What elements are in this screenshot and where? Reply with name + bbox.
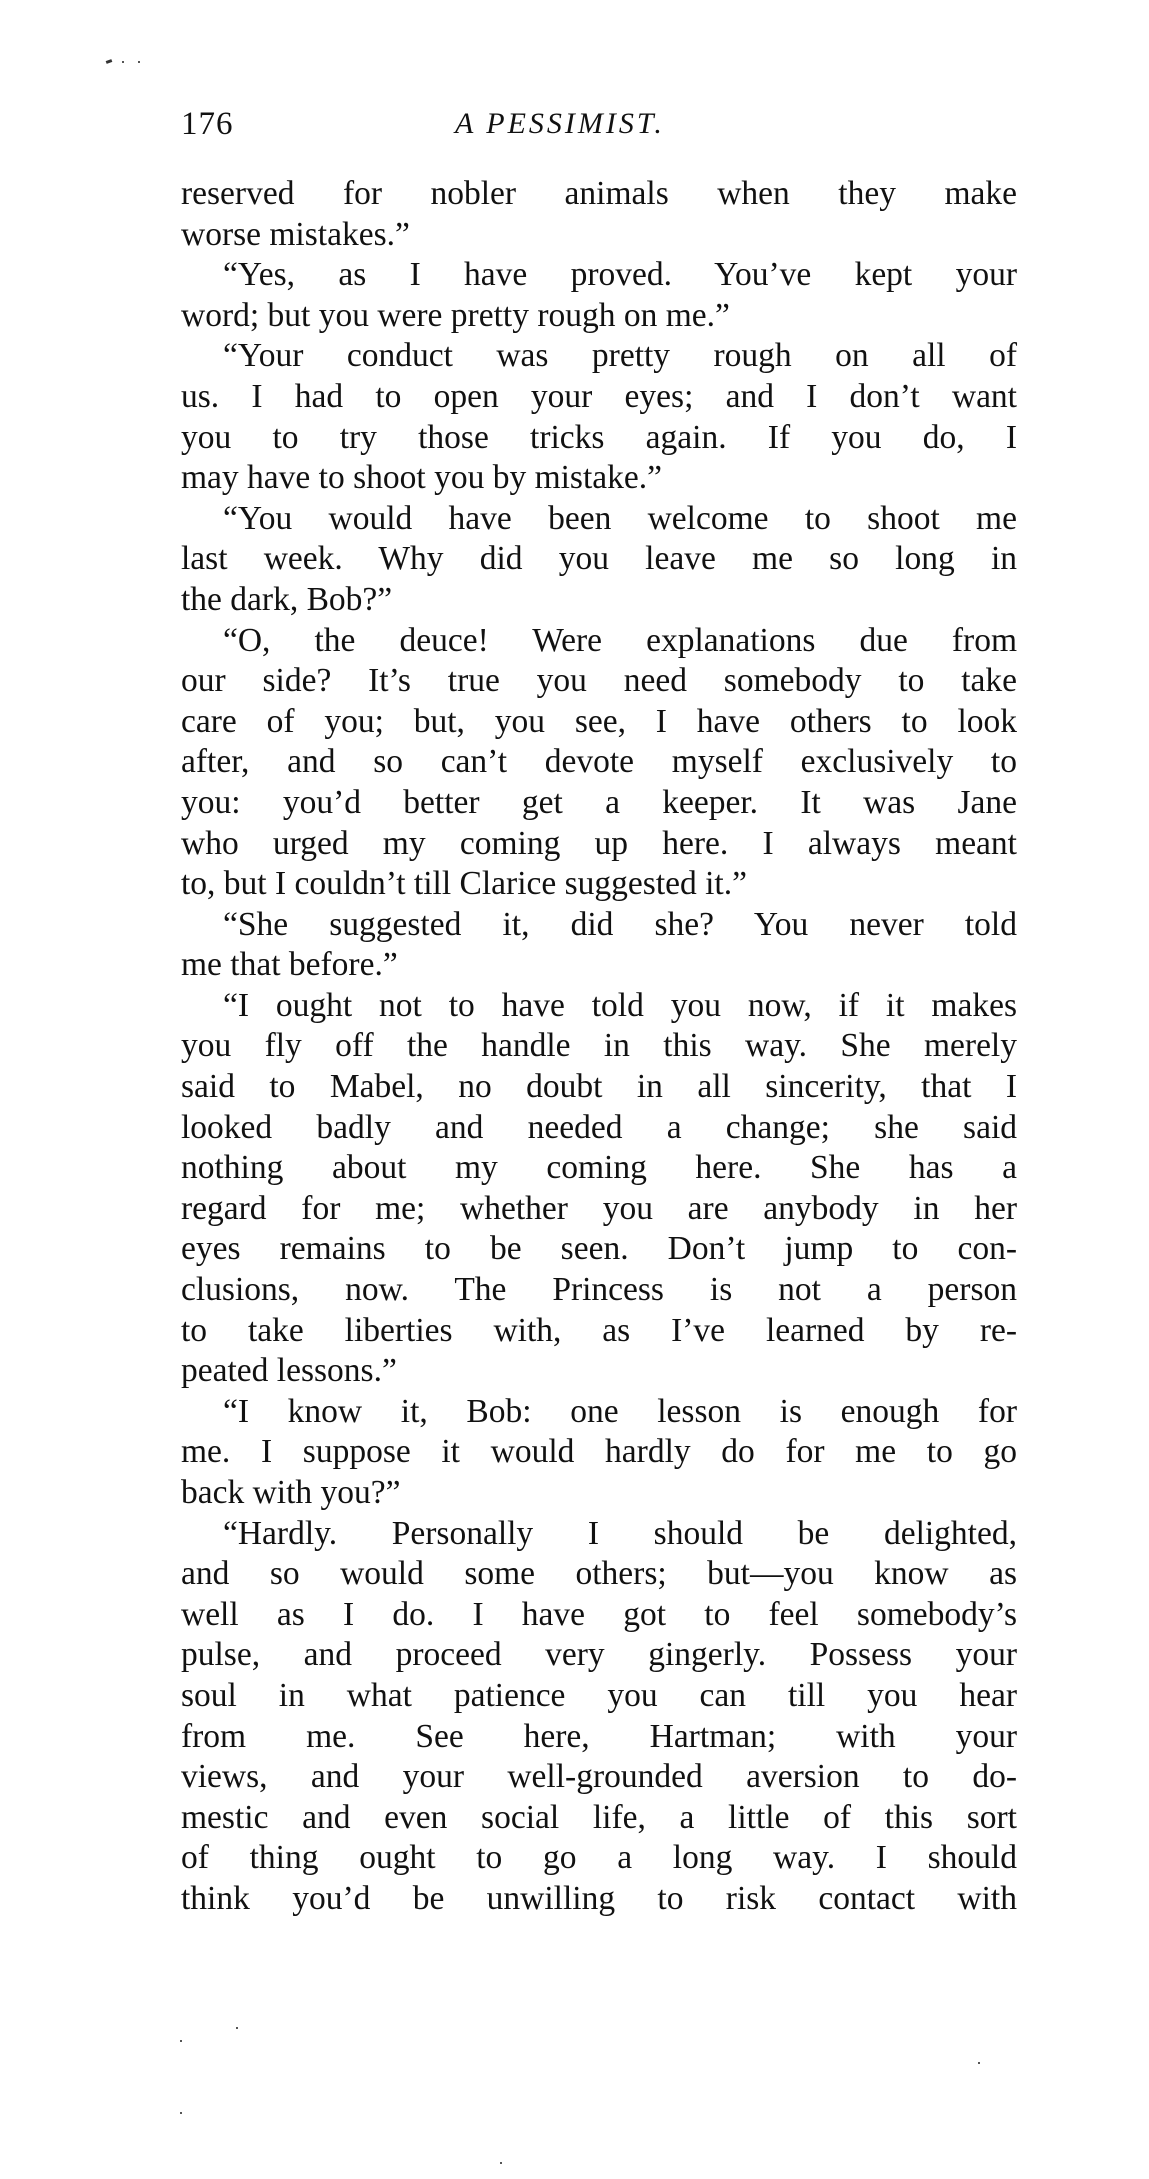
text-line: regard for me; whether you are anybody i… bbox=[181, 1189, 1017, 1230]
text-line: care of you; but, you see, I have others… bbox=[181, 702, 1017, 743]
text-line: peated lessons.” bbox=[181, 1351, 1017, 1392]
scan-speck bbox=[180, 2040, 182, 2042]
text-line: looked badly and needed a change; she sa… bbox=[181, 1108, 1017, 1149]
text-line: and so would some others; but—you know a… bbox=[181, 1554, 1017, 1595]
body-text: reserved for nobler animals when they ma… bbox=[181, 174, 1017, 1920]
text-line: “She suggested it, did she? You never to… bbox=[181, 905, 1017, 946]
scan-speck bbox=[500, 2162, 502, 2164]
text-line: “I ought not to have told you now, if it… bbox=[181, 986, 1017, 1027]
text-line: the dark, Bob?” bbox=[181, 580, 1017, 621]
text-line: “I know it, Bob: one lesson is enough fo… bbox=[181, 1392, 1017, 1433]
scan-speck bbox=[106, 59, 113, 64]
text-line: us. I had to open your eyes; and I don’t… bbox=[181, 377, 1017, 418]
text-line: back with you?” bbox=[181, 1473, 1017, 1514]
text-line: who urged my coming up here. I always me… bbox=[181, 824, 1017, 865]
text-line: you: you’d better get a keeper. It was J… bbox=[181, 783, 1017, 824]
text-line: pulse, and proceed very gingerly. Posses… bbox=[181, 1635, 1017, 1676]
text-line: mestic and even social life, a little of… bbox=[181, 1798, 1017, 1839]
text-line: “Yes, as I have proved. You’ve kept your bbox=[181, 255, 1017, 296]
text-line: from me. See here, Hartman; with your bbox=[181, 1717, 1017, 1758]
text-line: views, and your well-grounded aversion t… bbox=[181, 1757, 1017, 1798]
text-line: you to try those tricks again. If you do… bbox=[181, 418, 1017, 459]
running-title: A PESSIMIST. bbox=[455, 104, 665, 144]
scan-speck bbox=[978, 2062, 980, 2064]
text-line: to, but I couldn’t till Clarice suggeste… bbox=[181, 864, 1017, 905]
text-line: reserved for nobler animals when they ma… bbox=[181, 174, 1017, 215]
text-line: think you’d be unwilling to risk contact… bbox=[181, 1879, 1017, 1920]
text-line: last week. Why did you leave me so long … bbox=[181, 539, 1017, 580]
text-line: clusions, now. The Princess is not a per… bbox=[181, 1270, 1017, 1311]
scan-speck bbox=[138, 61, 140, 63]
text-line: may have to shoot you by mistake.” bbox=[181, 458, 1017, 499]
text-line: our side? It’s true you need somebody to… bbox=[181, 661, 1017, 702]
running-head: 176 A PESSIMIST. bbox=[181, 104, 1017, 144]
text-line: word; but you were pretty rough on me.” bbox=[181, 296, 1017, 337]
text-line: of thing ought to go a long way. I shoul… bbox=[181, 1838, 1017, 1879]
text-line: said to Mabel, no doubt in all sincerity… bbox=[181, 1067, 1017, 1108]
text-line: nothing about my coming here. She has a bbox=[181, 1148, 1017, 1189]
text-line: me that before.” bbox=[181, 945, 1017, 986]
text-line: “You would have been welcome to shoot me bbox=[181, 499, 1017, 540]
scan-speck bbox=[180, 2112, 182, 2114]
text-line: “O, the deuce! Were explanations due fro… bbox=[181, 621, 1017, 662]
text-line: you fly off the handle in this way. She … bbox=[181, 1026, 1017, 1067]
text-line: “Hardly. Personally I should be delighte… bbox=[181, 1514, 1017, 1555]
text-line: worse mistakes.” bbox=[181, 215, 1017, 256]
scan-speck bbox=[122, 61, 124, 63]
text-line: to take liberties with, as I’ve learned … bbox=[181, 1311, 1017, 1352]
page-number: 176 bbox=[181, 104, 234, 144]
scan-speck bbox=[236, 2027, 238, 2029]
text-line: “Your conduct was pretty rough on all of bbox=[181, 336, 1017, 377]
text-line: well as I do. I have got to feel somebod… bbox=[181, 1595, 1017, 1636]
text-line: after, and so can’t devote myself exclus… bbox=[181, 742, 1017, 783]
text-line: eyes remains to be seen. Don’t jump to c… bbox=[181, 1229, 1017, 1270]
text-line: soul in what patience you can till you h… bbox=[181, 1676, 1017, 1717]
text-line: me. I suppose it would hardly do for me … bbox=[181, 1432, 1017, 1473]
